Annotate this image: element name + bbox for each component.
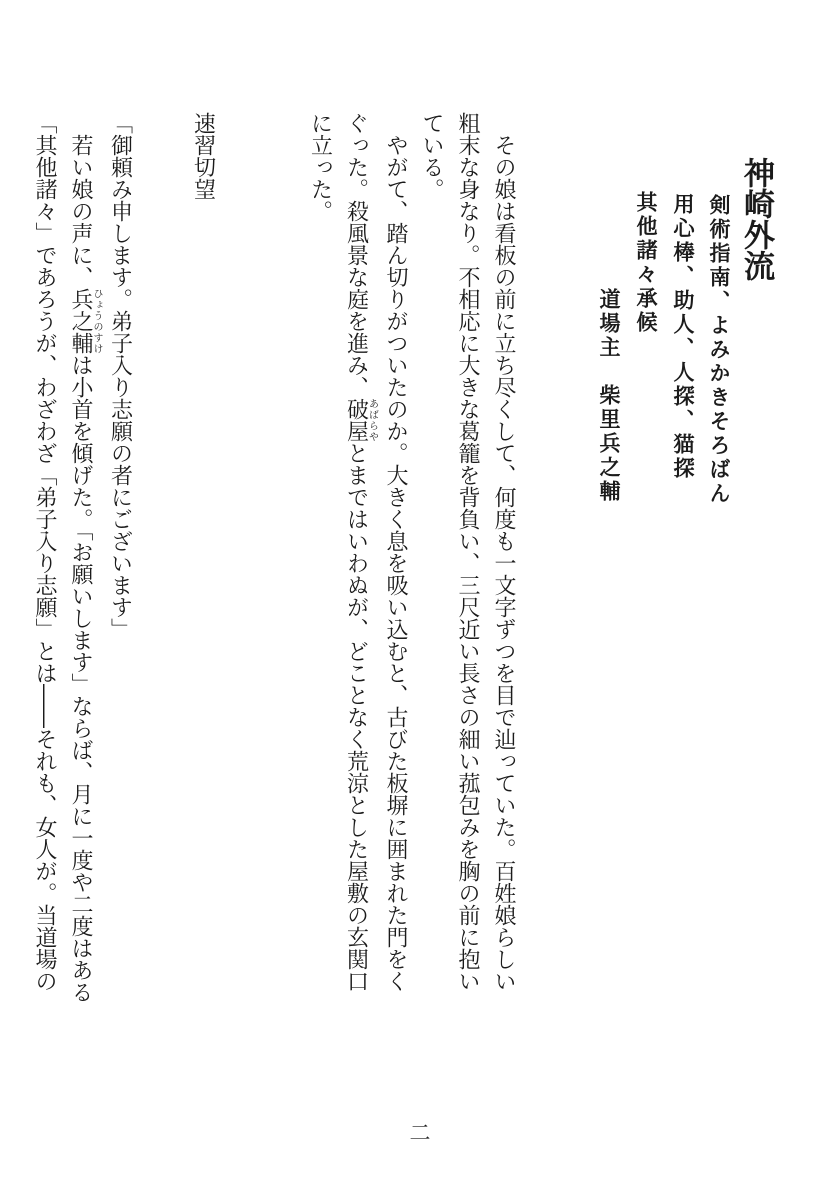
body-line-5-with-furigana: ぐった。殺風景な庭を進み、破屋あばらやとまではいわぬが、どことなく荒涼とした屋敷… (338, 112, 378, 1042)
furigana-hyonosuke: 兵之輔ひょうのすけ (68, 288, 93, 354)
sign-service-line-2: 用心棒、助人、人探、猫探 (665, 112, 702, 1042)
sign-service-line-1: 剣術指南、よみかきそろばん (702, 112, 736, 1042)
dialogue-line-1: 「御頼み申します。弟子入り志願の者にございます」 (102, 112, 138, 1042)
ruby-base: 兵之輔 (68, 288, 93, 354)
body-line-2: 粗末な身なり。不相応に大きな葛籠を背負い、三尺近い長さの細い菰包みを胸の前に抱い (449, 112, 485, 1042)
ruby-text: あばらや (367, 398, 378, 442)
sign-proprietor: 道場主 柴里兵之輔 (590, 112, 628, 1042)
body-line-1: その娘は看板の前に立ち尽くして、何度も一文字ずつを目で辿っていた。百姓娘らしい (485, 112, 521, 1042)
body-line-5-post: とまではいわぬが、どことなく荒涼とした屋敷の玄関口 (344, 442, 369, 992)
ruby-base: 破屋 (344, 398, 369, 442)
body-line-9-post: は小首を傾げた。「お願いします」ならば、月に一度や二度はある (68, 354, 93, 1003)
vertical-text-flow: 神崎外流 剣術指南、よみかきそろばん 用心棒、助人、人探、猫探 其他諸々承候 道… (26, 112, 776, 1042)
body-line-9-with-furigana: 若い娘の声に、兵之輔ひょうのすけは小首を傾げた。「お願いします」ならば、月に一度… (62, 112, 102, 1042)
page-number: 二 (0, 1117, 840, 1147)
ruby-text: ひょうのすけ (91, 288, 102, 354)
body-line-6: に立った。 (302, 112, 338, 1042)
furigana-abaraya: 破屋あばらや (344, 398, 369, 442)
sign-service-line-3: 其他諸々承候 (628, 112, 665, 1042)
body-line-4: やがて、踏ん切りがついたのか。大きく息を吸い込むと、古びた板塀に囲まれた門をく (377, 112, 413, 1042)
body-line-10: 「其他諸々」であろうが、わざわざ「弟子入り志願」とは――それも、女人が。当道場の (26, 112, 62, 1042)
book-page: 神崎外流 剣術指南、よみかきそろばん 用心棒、助人、人探、猫探 其他諸々承候 道… (0, 0, 840, 1191)
body-line-9-pre: 若い娘の声に、 (68, 112, 93, 288)
section-heading-sokushu-setsubo: 速習切望 (185, 112, 221, 1042)
body-line-5-pre: ぐった。殺風景な庭を進み、 (344, 112, 369, 398)
sign-title: 神崎外流 (736, 112, 776, 1042)
body-line-3: ている。 (413, 112, 449, 1042)
